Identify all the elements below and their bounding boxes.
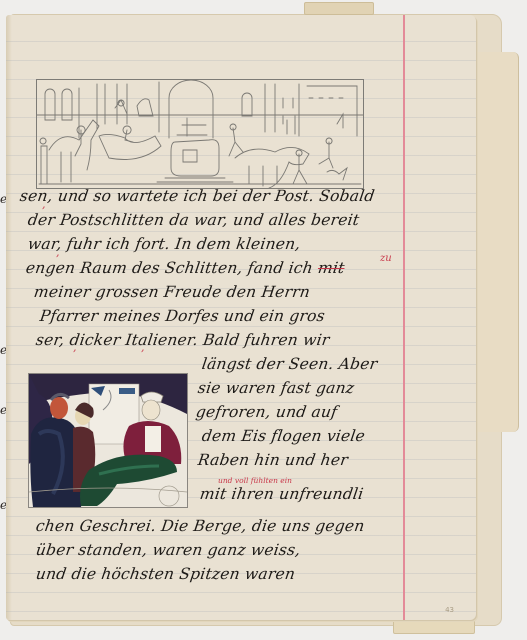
text-line-6: Pfarrer meines Dorfes und ein gros: [39, 307, 326, 325]
bottom-paper-tab: [393, 618, 475, 634]
text-line-2: der Postschlitten da war, und alles bere…: [27, 211, 361, 229]
page-number: 43: [445, 606, 454, 614]
red-comma-mark: ,: [56, 246, 60, 259]
correction-zu: zu: [380, 253, 392, 264]
text-line-1: sen, und so wartete ich bei der Post. So…: [19, 187, 376, 205]
struck-word: mit: [317, 259, 346, 277]
watercolor-sleigh-interior: [28, 373, 188, 508]
red-comma-mark: ,: [42, 198, 46, 211]
text-line-7: ser, dicker Italiener. Bald fuhren wir: [35, 331, 331, 349]
red-comma-mark: ,: [73, 341, 77, 354]
text-line-13: mit ihren unfreundli: [199, 485, 365, 503]
text-line-8: längst der Seen. Aber: [201, 355, 379, 373]
pencil-sketch-post-station: [36, 79, 364, 189]
notebook-page: sen, und so wartete ich bei der Post. So…: [6, 15, 476, 620]
page-stack-edge: [478, 52, 519, 432]
red-margin-line: [403, 15, 405, 620]
text-line-4-body: engen Raum des Schlitten, fand ich: [25, 259, 320, 277]
text-line-11: dem Eis flogen viele: [201, 427, 366, 445]
text-line-10: gefroren, und auf: [195, 403, 339, 421]
text-line-12: Raben hin und her: [197, 451, 349, 469]
correction-insert: und voll fühlten ein: [218, 476, 292, 485]
red-comma-mark: ,: [141, 341, 145, 354]
text-line-9: sie waren fast ganz: [197, 379, 356, 397]
text-line-15: über standen, waren ganz weiss,: [35, 541, 302, 559]
text-line-16: und die höchsten Spitzen waren: [35, 565, 297, 583]
text-line-5: meiner grossen Freude den Herrn: [33, 283, 312, 301]
top-paper-tab: [304, 2, 374, 15]
text-line-4: engen Raum des Schlitten, fand ich mit: [25, 259, 346, 277]
text-line-14: chen Geschrei. Die Berge, die uns gegen: [35, 517, 366, 535]
text-line-3: war, fuhr ich fort. In dem kleinen,: [27, 235, 302, 253]
